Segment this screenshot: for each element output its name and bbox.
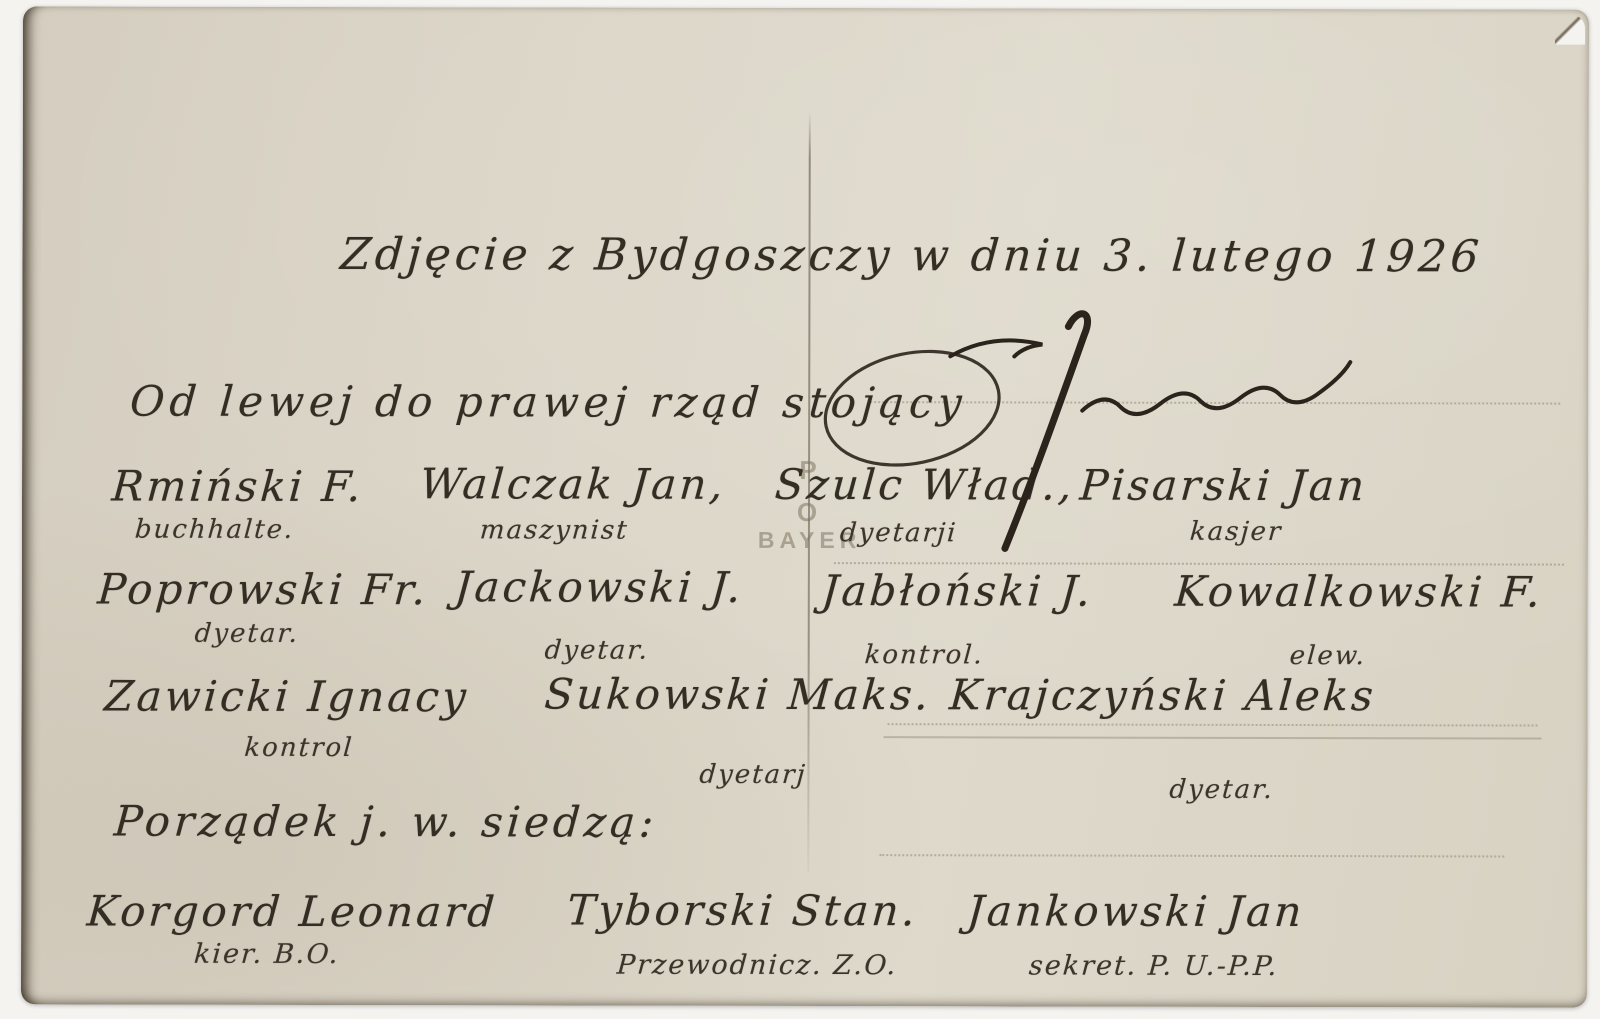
person-name: Jackowski J.	[453, 562, 745, 612]
person-role: dyetarj	[698, 760, 807, 790]
person-name: Zawicki Ignacy	[103, 672, 471, 722]
postcard-scan: P O BAYER Zdjęcie z Bydgoszczy w dniu 3.…	[0, 0, 1600, 1019]
address-solid-line	[884, 736, 1542, 739]
postcard-card: P O BAYER Zdjęcie z Bydgoszczy w dniu 3.…	[21, 6, 1589, 1007]
signature-wave	[1082, 362, 1350, 415]
person-role: dyetar.	[1168, 775, 1275, 805]
person-role: dyetarji	[839, 518, 959, 548]
person-role: kontrol.	[864, 640, 985, 670]
person-name: Korgord Leonard	[85, 887, 499, 937]
person-name: Jabłoński J.	[820, 566, 1095, 616]
person-role: kier. B.O.	[193, 939, 341, 970]
person-name: Jankowski Jan	[965, 886, 1306, 936]
person-name: Tyborski Stan.	[565, 886, 919, 936]
signature-main-stroke	[1005, 314, 1088, 549]
clipped-corner	[1555, 15, 1585, 45]
caption-intro-line: Od lewej do prawej rząd stojący	[128, 377, 968, 428]
caption-order-line: Porządek j. w. siedzą:	[113, 797, 660, 847]
person-role: elew.	[1289, 641, 1368, 671]
person-role: dyetar.	[544, 635, 651, 665]
signature-t-bar	[950, 340, 1042, 356]
person-role: sekret. P. U.-P.P.	[1028, 950, 1280, 982]
person-name: Krajczyński Aleks	[948, 670, 1378, 720]
person-role: kontrol	[243, 733, 354, 763]
address-dotted-line	[888, 723, 1538, 726]
address-dotted-line	[834, 562, 1564, 566]
person-role: buchhalte.	[134, 515, 296, 545]
person-name: Sukowski Maks.	[543, 669, 933, 719]
address-dotted-line	[870, 401, 1560, 404]
address-dotted-line	[879, 854, 1504, 857]
person-name: Kowalkowski F.	[1173, 567, 1545, 617]
person-name: Walczak Jan,	[418, 459, 727, 509]
person-role: maszynist	[479, 515, 630, 545]
person-role: dyetar.	[194, 619, 301, 649]
person-name: Pisarski Jan	[1078, 461, 1369, 511]
person-role: Przewodnicz. Z.O.	[616, 950, 899, 982]
person-name: Rmiński F.	[110, 462, 365, 512]
person-role: kasjer	[1189, 517, 1284, 547]
caption-title-line: Zdjęcie z Bydgoszczy w dniu 3. lutego 19…	[339, 229, 1485, 282]
person-name: Poprowski Fr.	[96, 565, 430, 615]
person-name: Szulc Wład.,	[773, 460, 1076, 510]
